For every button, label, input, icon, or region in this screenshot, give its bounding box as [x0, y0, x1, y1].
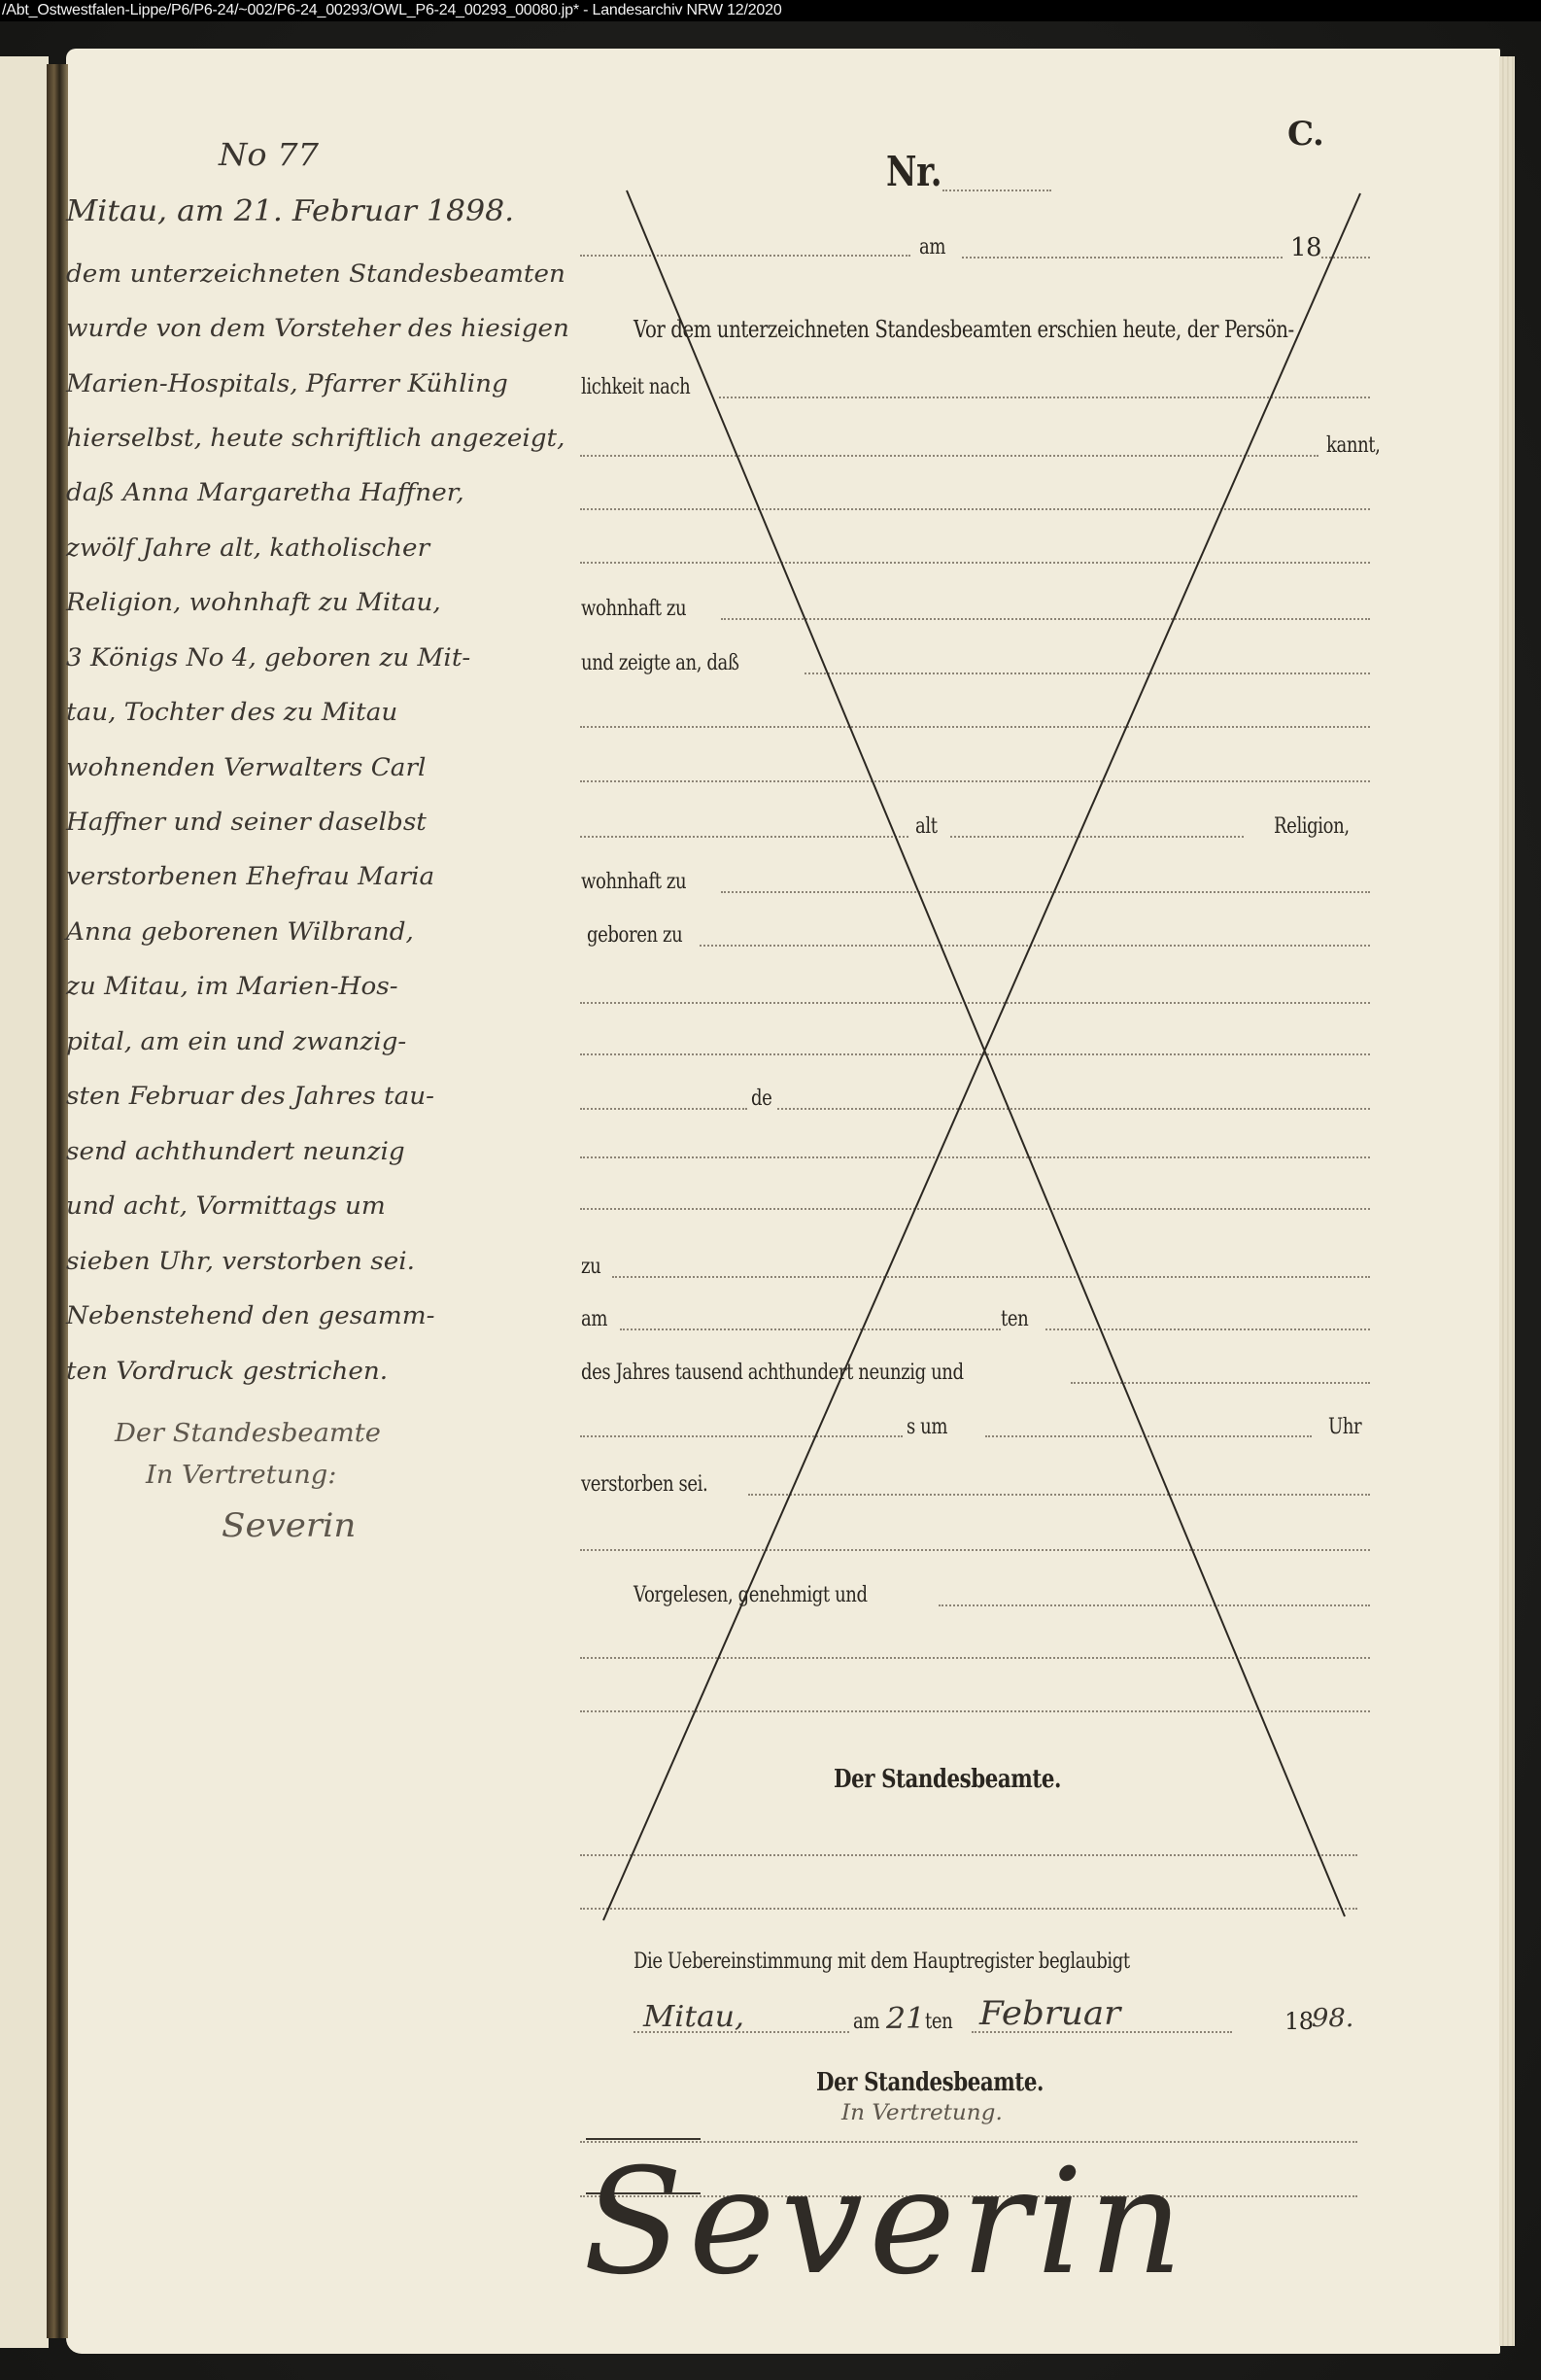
strike-line-left	[627, 190, 1345, 1916]
strike-through-x	[0, 0, 1541, 2380]
strike-line-right	[603, 193, 1360, 1920]
